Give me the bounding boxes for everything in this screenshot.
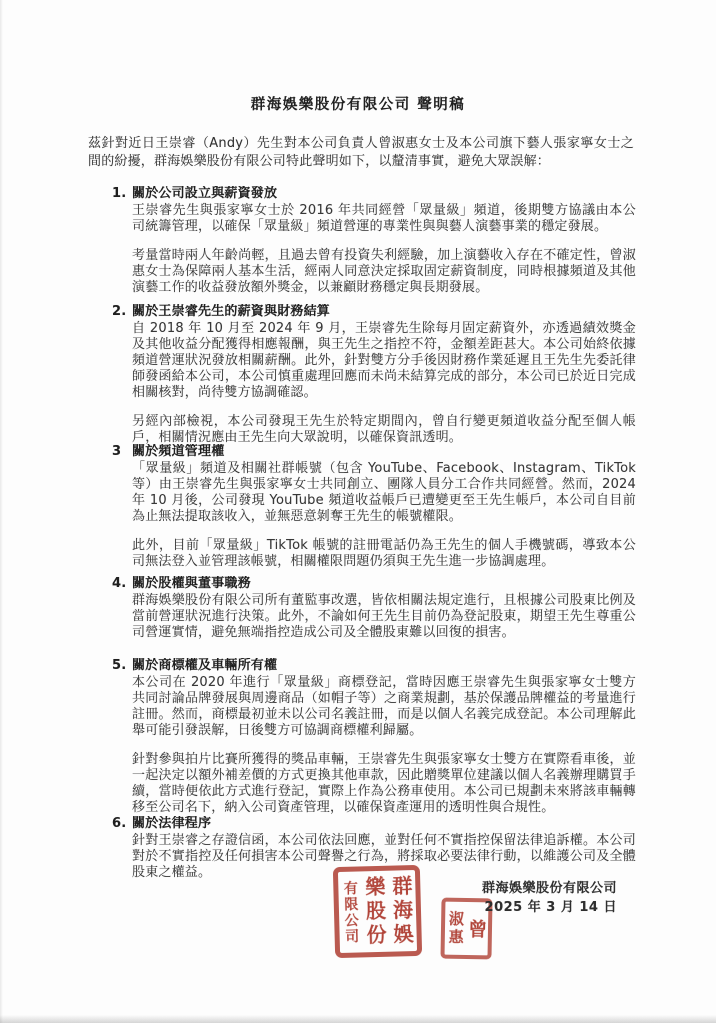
section-paragraph: 本公司在 2020 年進行「眾量級」商標登記，當時因應王崇睿先生與張家寧女士雙方… — [132, 675, 636, 739]
signature-block: 群海娛樂股份有限公司 2025 年 3 月 14 日 — [482, 879, 617, 917]
section-company-setup: 1. 關於公司設立與薪資發放 王崇睿先生與張家寧女士於 2016 年共同經營「眾… — [112, 186, 636, 304]
section-paragraph: 另經內部檢視，本公司發現王先生於特定期間內，曾自行變更頻道收益分配至個人帳戶，相… — [132, 414, 636, 444]
signature-company-name: 群海娛樂股份有限公司 — [482, 879, 617, 898]
section-paragraph: 考量當時兩人年齡尚輕，且過去曾有投資失利經驗，加上演藝收入存在不確定性，曾淑惠女… — [132, 248, 636, 296]
section-content: 關於頻道管理權 「眾量級」頻道及相關社群帳號（包含 YouTube、Facebo… — [132, 444, 636, 570]
section-paragraph: 針對參與拍片比賽所獲得的獎品車輛，王崇睿先生與張家寧女士雙方在實際看車後，並一起… — [132, 752, 636, 816]
intro-paragraph: 茲針對近日王崇睿（Andy）先生對本公司負責人曾淑惠女士及本公司旗下藝人張家寧女… — [88, 135, 634, 171]
section-number: 1. — [112, 186, 126, 202]
section-number: 2. — [112, 304, 126, 320]
section-content: 關於公司設立與薪資發放 王崇睿先生與張家寧女士於 2016 年共同經營「眾量級」… — [132, 186, 636, 296]
company-seal-text: 樂股份 — [364, 875, 386, 947]
section-content: 關於王崇睿先生的薪資與財務結算 自 2018 年 10 月至 2024 年 9 … — [132, 304, 636, 444]
section-paragraph: 群海娛樂股份有限公司所有董監事改選，皆依相關法規定進行，且根據公司股東比例及當前… — [132, 593, 636, 641]
section-number: 4. — [112, 576, 126, 592]
section-heading: 關於法律程序 — [132, 816, 636, 832]
section-heading: 關於頻道管理權 — [132, 444, 636, 460]
signature-date: 2025 年 3 月 14 日 — [482, 898, 617, 917]
document-page: 群海娛樂股份有限公司 聲明稿 茲針對近日王崇睿（Andy）先生對本公司負責人曾淑… — [0, 0, 716, 1023]
section-heading: 關於股權與董事職務 — [132, 576, 636, 592]
section-paragraph: 「眾量級」頻道及相關社群帳號（包含 YouTube、Facebook、Insta… — [132, 461, 636, 525]
section-heading: 關於王崇睿先生的薪資與財務結算 — [132, 304, 636, 320]
section-heading: 關於公司設立與薪資發放 — [132, 186, 636, 202]
section-salary-settlement: 2. 關於王崇睿先生的薪資與財務結算 自 2018 年 10 月至 2024 年… — [112, 304, 636, 444]
section-content: 關於股權與董事職務 群海娛樂股份有限公司所有董監事改選，皆依相關法規定進行，且根… — [132, 576, 636, 641]
page-title: 群海娛樂股份有限公司 聲明稿 — [0, 93, 716, 114]
company-seal-text: 群海娛 — [391, 875, 413, 947]
section-paragraph: 王崇睿先生與張家寧女士於 2016 年共同經營「眾量級」頻道，後期雙方協議由本公… — [132, 203, 636, 235]
section-channel-management: 3 關於頻道管理權 「眾量級」頻道及相關社群帳號（包含 YouTube、Face… — [112, 444, 636, 576]
section-trademark-vehicle: 5. 關於商標權及車輛所有權 本公司在 2020 年進行「眾量級」商標登記，當時… — [112, 658, 636, 816]
section-number: 6. — [112, 816, 126, 832]
company-seal-text: 有限公司 — [343, 880, 359, 944]
personal-seal-text: 曾 — [466, 919, 485, 938]
scan-edge-left-artifact — [0, 0, 3, 1023]
section-shares-directors: 4. 關於股權與董事職務 群海娛樂股份有限公司所有董監事改選，皆依相關法規定進行… — [112, 576, 636, 658]
personal-seal-text: 淑惠 — [447, 910, 463, 946]
section-content: 關於商標權及車輛所有權 本公司在 2020 年進行「眾量級」商標登記，當時因應王… — [132, 658, 636, 816]
section-number: 5. — [112, 658, 126, 674]
scan-edge-bottom-artifact — [0, 1015, 716, 1023]
company-seal-stamp: 群海娛 樂股份 有限公司 — [333, 865, 422, 958]
section-paragraph: 此外，目前「眾量級」TikTok 帳號的註冊電話仍為王先生的個人手機號碼，導致本… — [132, 538, 636, 570]
section-paragraph: 自 2018 年 10 月至 2024 年 9 月，王崇睿先生除每月固定薪資外，… — [132, 321, 636, 401]
section-number: 3 — [112, 444, 121, 460]
section-heading: 關於商標權及車輛所有權 — [132, 658, 636, 674]
